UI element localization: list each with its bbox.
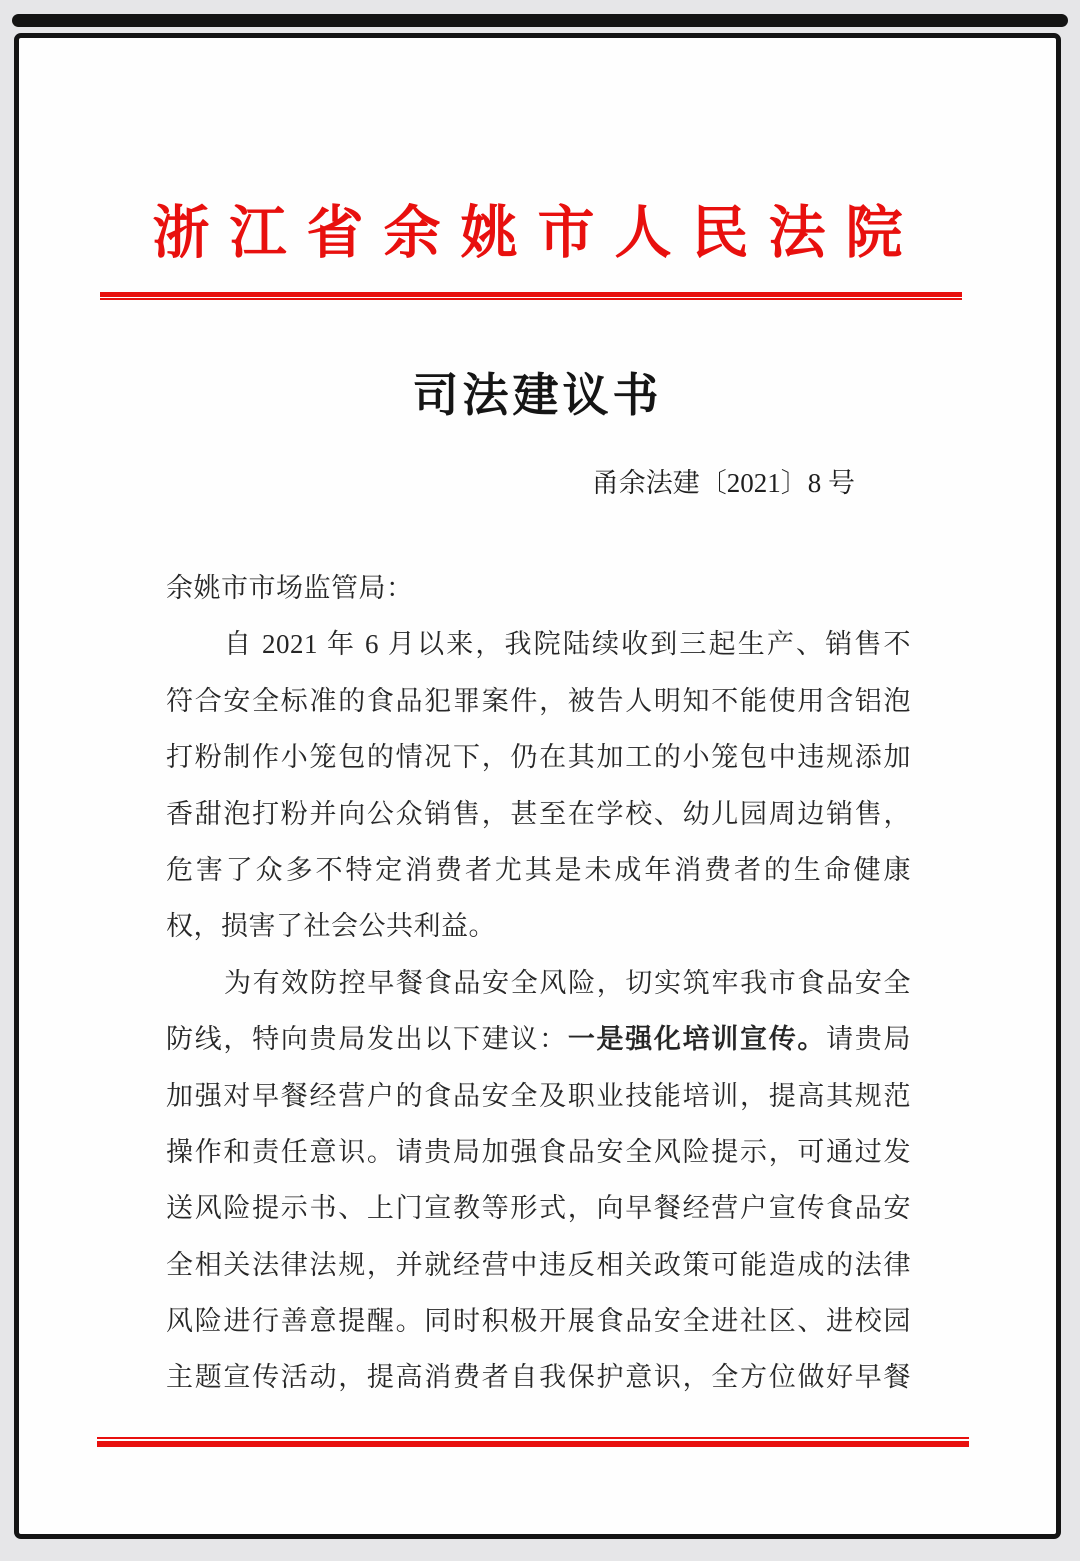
body-text-run: 权，损害了社会公共利益。 xyxy=(166,911,496,941)
scanned-document-photo: 浙江省余姚市人民法院 司法建议书 甬余法建〔2021〕8 号 余姚市市场监管局：… xyxy=(0,0,1080,1561)
body-line: 风险进行善意提醒。同时积极开展食品安全进社区、进校园 xyxy=(166,1293,911,1349)
body-text-run: 为有效防控早餐食品安全风险，切实筑牢我市食品安全 xyxy=(224,968,911,998)
body-line: 打粉制作小笼包的情况下，仍在其加工的小笼包中违规添加 xyxy=(166,729,911,785)
document-page: 浙江省余姚市人民法院 司法建议书 甬余法建〔2021〕8 号 余姚市市场监管局：… xyxy=(14,33,1061,1539)
court-letterhead: 浙江省余姚市人民法院 xyxy=(19,198,1056,270)
body-line: 加强对早餐经营户的食品安全及职业技能培训，提高其规范 xyxy=(166,1068,911,1124)
document-number: 甬余法建〔2021〕8 号 xyxy=(592,466,855,500)
body-text-run: 主题宣传活动，提高消费者自我保护意识，全方位做好早餐 xyxy=(166,1362,911,1392)
rule-thick-line xyxy=(97,1441,969,1447)
body-text-run: 危害了众多不特定消费者尤其是未成年消费者的生命健康 xyxy=(166,855,911,885)
body-line: 符合安全标准的食品犯罪案件，被告人明知不能使用含铝泡 xyxy=(166,673,911,729)
body-text-bold-run: 一是强化培训宣传。 xyxy=(568,1024,826,1054)
body-text-run: 符合安全标准的食品犯罪案件，被告人明知不能使用含铝泡 xyxy=(166,686,911,716)
body-text-run: 请贵局 xyxy=(826,1024,911,1054)
rule-thick-line xyxy=(100,292,962,297)
body-line: 余姚市市场监管局： xyxy=(166,560,911,616)
body-line: 全相关法律法规，并就经营中违反相关政策可能造成的法律 xyxy=(166,1237,911,1293)
footer-rule xyxy=(97,1437,969,1447)
body-line: 防线，特向贵局发出以下建议：一是强化培训宣传。请贵局 xyxy=(166,1011,911,1067)
document-title: 司法建议书 xyxy=(19,366,1056,424)
body-line: 危害了众多不特定消费者尤其是未成年消费者的生命健康 xyxy=(166,842,911,898)
body-line: 主题宣传活动，提高消费者自我保护意识，全方位做好早餐 xyxy=(166,1349,911,1405)
body-text-run: 香甜泡打粉并向公众销售，甚至在学校、幼儿园周边销售， xyxy=(166,799,911,829)
body-text-run: 余姚市市场监管局： xyxy=(166,573,414,603)
document-body: 余姚市市场监管局：自 2021 年 6 月以来，我院陆续收到三起生产、销售不符合… xyxy=(166,560,911,1406)
body-text-run: 操作和责任意识。请贵局加强食品安全风险提示，可通过发 xyxy=(166,1137,911,1167)
body-line: 权，损害了社会公共利益。 xyxy=(166,898,911,954)
body-line: 操作和责任意识。请贵局加强食品安全风险提示，可通过发 xyxy=(166,1124,911,1180)
body-line: 送风险提示书、上门宣教等形式，向早餐经营户宣传食品安 xyxy=(166,1180,911,1236)
photo-frame-top-bar xyxy=(12,14,1068,27)
body-text-run: 送风险提示书、上门宣教等形式，向早餐经营户宣传食品安 xyxy=(166,1193,911,1223)
body-text-run: 全相关法律法规，并就经营中违反相关政策可能造成的法律 xyxy=(166,1250,911,1280)
body-text-run: 防线，特向贵局发出以下建议： xyxy=(166,1024,568,1054)
letterhead-divider-rule xyxy=(100,292,962,300)
rule-thin-line xyxy=(100,298,962,300)
body-text-run: 打粉制作小笼包的情况下，仍在其加工的小笼包中违规添加 xyxy=(166,742,911,772)
body-line: 为有效防控早餐食品安全风险，切实筑牢我市食品安全 xyxy=(166,955,911,1011)
body-line: 自 2021 年 6 月以来，我院陆续收到三起生产、销售不 xyxy=(166,616,911,672)
body-text-run: 自 2021 年 6 月以来，我院陆续收到三起生产、销售不 xyxy=(224,629,911,659)
rule-thin-line xyxy=(97,1437,969,1439)
body-text-run: 风险进行善意提醒。同时积极开展食品安全进社区、进校园 xyxy=(166,1306,911,1336)
body-line: 香甜泡打粉并向公众销售，甚至在学校、幼儿园周边销售， xyxy=(166,786,911,842)
body-text-run: 加强对早餐经营户的食品安全及职业技能培训，提高其规范 xyxy=(166,1081,911,1111)
